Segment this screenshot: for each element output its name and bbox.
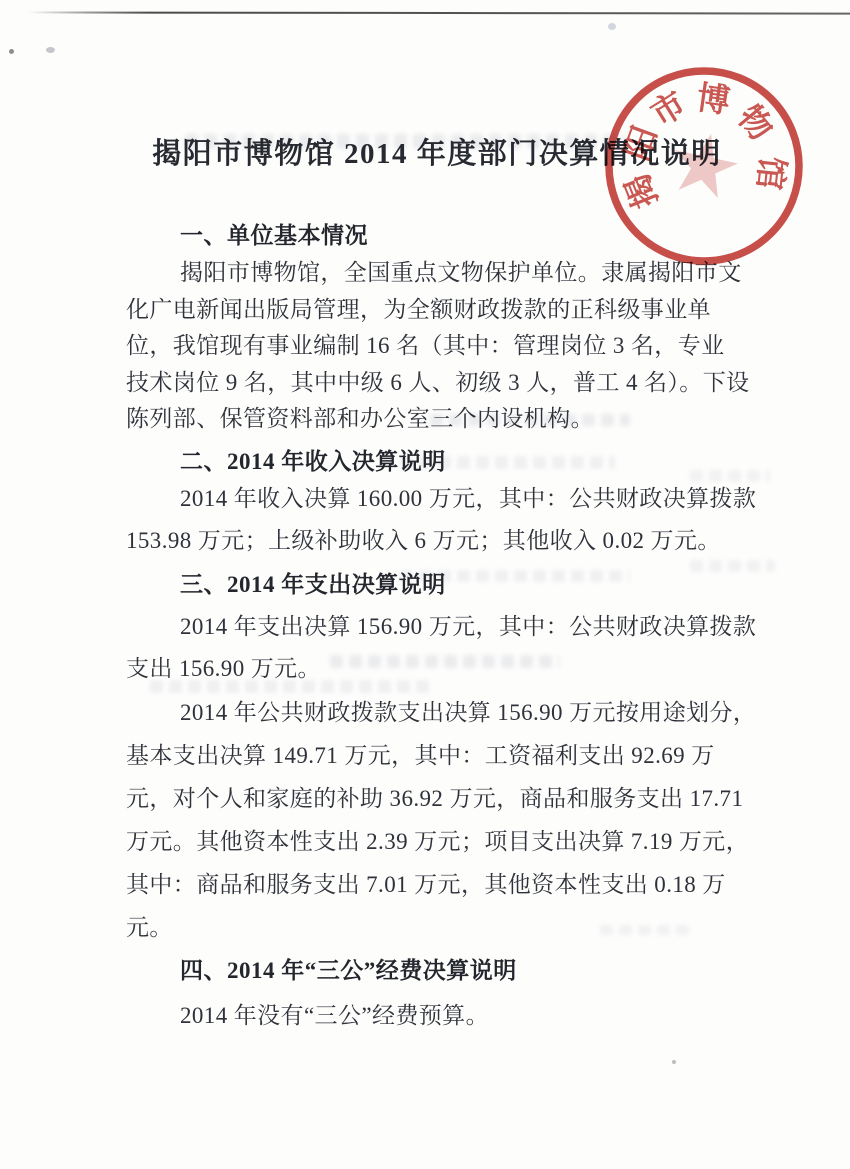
section-heading: 一、单位基本情况 bbox=[180, 221, 738, 251]
text-line: 其中：商品和服务支出 7.01 万元，其他资本性支出 0.18 万 bbox=[126, 863, 738, 906]
text-line: 化广电新闻出版局管理，为全额财政拨款的正科级事业单 bbox=[126, 292, 738, 329]
document-title: 揭阳市博物馆 2014 年度部门决算情况说明 bbox=[136, 134, 738, 174]
scanned-document-page: { "doc": { "title": "揭阳市博物馆 2014 年度部门决算情… bbox=[0, 0, 850, 1169]
text-line: 元。 bbox=[126, 906, 738, 949]
text-line: 位，我馆现有事业编制 16 名（其中：管理岗位 3 名，专业 bbox=[126, 328, 738, 365]
seal-character: 馆 bbox=[750, 155, 790, 192]
text-line: 揭阳市博物馆，全国重点文物保护单位。隶属揭阳市文 bbox=[126, 255, 738, 292]
paragraph: 2014 年公共财政拨款支出决算 156.90 万元按用途划分，基本支出决算 1… bbox=[126, 691, 738, 949]
paragraph: 2014 年收入决算 160.00 万元，其中：公共财政决算拨款153.98 万… bbox=[126, 478, 738, 562]
section-heading: 三、2014 年支出决算说明 bbox=[180, 570, 738, 600]
text-line: 万元。其他资本性支出 2.39 万元；项目支出决算 7.19 万元， bbox=[126, 820, 738, 863]
section-4: 四、2014 年“三公”经费决算说明2014 年没有“三公”经费预算。 bbox=[126, 956, 738, 1037]
paragraph: 2014 年没有“三公”经费预算。 bbox=[126, 995, 738, 1037]
scan-speck bbox=[9, 49, 14, 54]
text-line: 支出 156.90 万元。 bbox=[126, 648, 738, 690]
text-line: 153.98 万元；上级补助收入 6 万元；其他收入 0.02 万元。 bbox=[126, 520, 738, 562]
text-line: 2014 年没有“三公”经费预算。 bbox=[126, 995, 738, 1037]
paragraph: 2014 年支出决算 156.90 万元，其中：公共财政决算拨款支出 156.9… bbox=[126, 606, 738, 690]
paragraph: 揭阳市博物馆，全国重点文物保护单位。隶属揭阳市文化广电新闻出版局管理，为全额财政… bbox=[126, 255, 738, 438]
text-line: 元，对个人和家庭的补助 36.92 万元，商品和服务支出 17.71 bbox=[126, 777, 738, 820]
text-line: 技术岗位 9 名，其中中级 6 人、初级 3 人，普工 4 名）。下设 bbox=[126, 365, 738, 402]
section-1: 一、单位基本情况揭阳市博物馆，全国重点文物保护单位。隶属揭阳市文化广电新闻出版局… bbox=[126, 221, 738, 438]
text-line: 2014 年支出决算 156.90 万元，其中：公共财政决算拨款 bbox=[126, 606, 738, 648]
sections-container: 一、单位基本情况揭阳市博物馆，全国重点文物保护单位。隶属揭阳市文化广电新闻出版局… bbox=[126, 221, 738, 1037]
section-3: 三、2014 年支出决算说明2014 年支出决算 156.90 万元，其中：公共… bbox=[126, 570, 738, 949]
document-body: 揭阳市博物馆 2014 年度部门决算情况说明 一、单位基本情况揭阳市博物馆，全国… bbox=[126, 0, 738, 1037]
text-line: 基本支出决算 149.71 万元，其中：工资福利支出 92.69 万 bbox=[126, 734, 738, 777]
section-heading: 二、2014 年收入决算说明 bbox=[180, 447, 738, 477]
text-line: 陈列部、保管资料部和办公室三个内设机构。 bbox=[126, 401, 738, 438]
section-heading: 四、2014 年“三公”经费决算说明 bbox=[180, 956, 738, 986]
text-line: 2014 年收入决算 160.00 万元，其中：公共财政决算拨款 bbox=[126, 478, 738, 520]
scan-speck bbox=[672, 1060, 676, 1064]
text-line: 2014 年公共财政拨款支出决算 156.90 万元按用途划分， bbox=[126, 691, 738, 734]
section-2: 二、2014 年收入决算说明2014 年收入决算 160.00 万元，其中：公共… bbox=[126, 447, 738, 562]
scan-speck bbox=[46, 47, 55, 53]
